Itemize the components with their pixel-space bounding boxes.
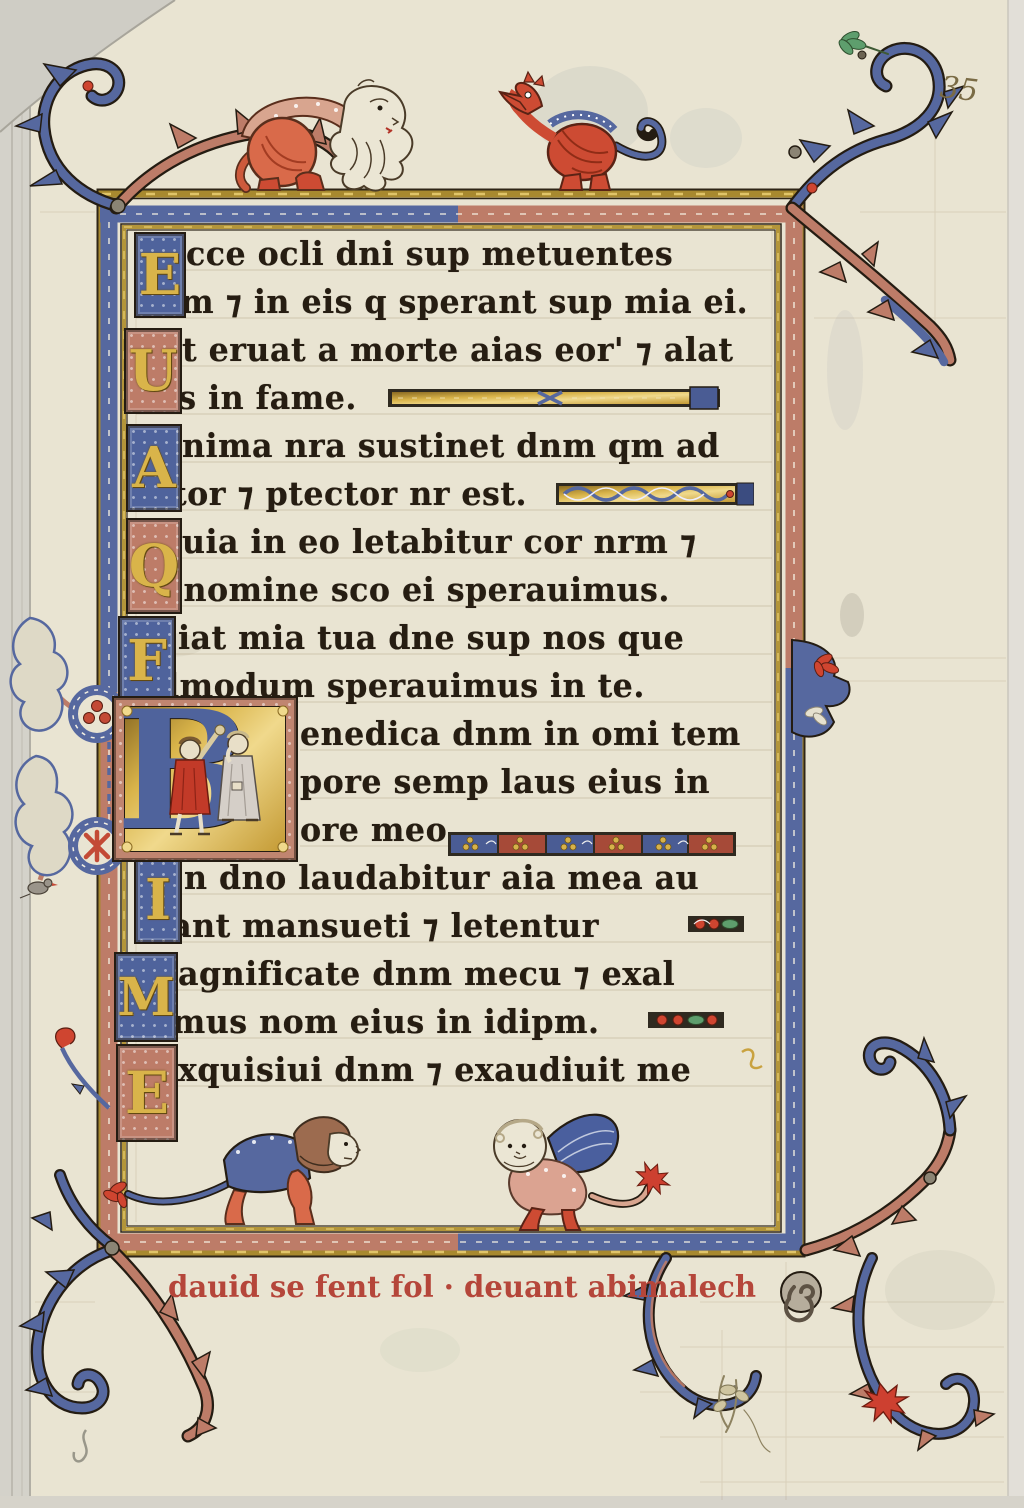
rubric-caption: dauid se fent fol · deuant abimalech [168,1270,756,1305]
line-filler-sprig [688,912,744,936]
figure-man-in-grey [218,732,260,820]
line-filler-vine [556,480,754,508]
line-filler-sprig [648,1008,724,1032]
book-fore-edge [0,0,30,1508]
text-line: diant mansueti ⁊ letentur [136,902,599,950]
text-line: cce ocli dni sup metuentes [186,230,673,278]
text-line: iat mia tua dne sup nos que [178,614,684,662]
illuminated-initial-E: E [134,232,186,318]
line-filler-quatrefoil [448,830,736,858]
text-line: xquisiui dnm ⁊ exaudiuit me [178,1046,691,1094]
text-line: iutor ⁊ ptector nr est. [136,470,527,518]
illuminated-initial-I: I [134,856,182,944]
text-line: uia in eo letabitur cor nrm ⁊ [182,518,697,566]
text-line: in nomine sco ei sperauimus. [136,566,670,614]
text-line: agnificate dnm mecu ⁊ exal [178,950,675,998]
text-line: t eruat a morte aias eor' ⁊ alat [182,326,733,374]
folio-number: 35 [938,70,980,109]
historiated-initial-B: B [112,696,298,862]
illuminated-initial-A: A [126,424,182,512]
illuminated-initial-U: U [124,328,182,414]
text-line: temus nom eius in idipm. [136,998,600,1046]
illuminated-initial-Q: Q [126,518,182,614]
illuminated-initial-E2: E [116,1044,178,1142]
text-line: pore semp laus eius in [300,758,710,806]
text-line: ore meo. [300,806,458,854]
illuminated-initial-M: M [114,952,178,1042]
initial-scene-figures [114,698,296,860]
text-line: nima nra sustinet dnm qm ad [182,422,720,470]
figure-man-in-red [170,725,225,834]
manuscript-page: cce ocli dni sup metuentes eum ⁊ in eis … [0,0,1024,1508]
text-line: eum ⁊ in eis q sperant sup mia ei. [136,278,748,326]
line-filler-bar [388,386,720,410]
text-line: enedica dnm in omi tem [300,710,741,758]
